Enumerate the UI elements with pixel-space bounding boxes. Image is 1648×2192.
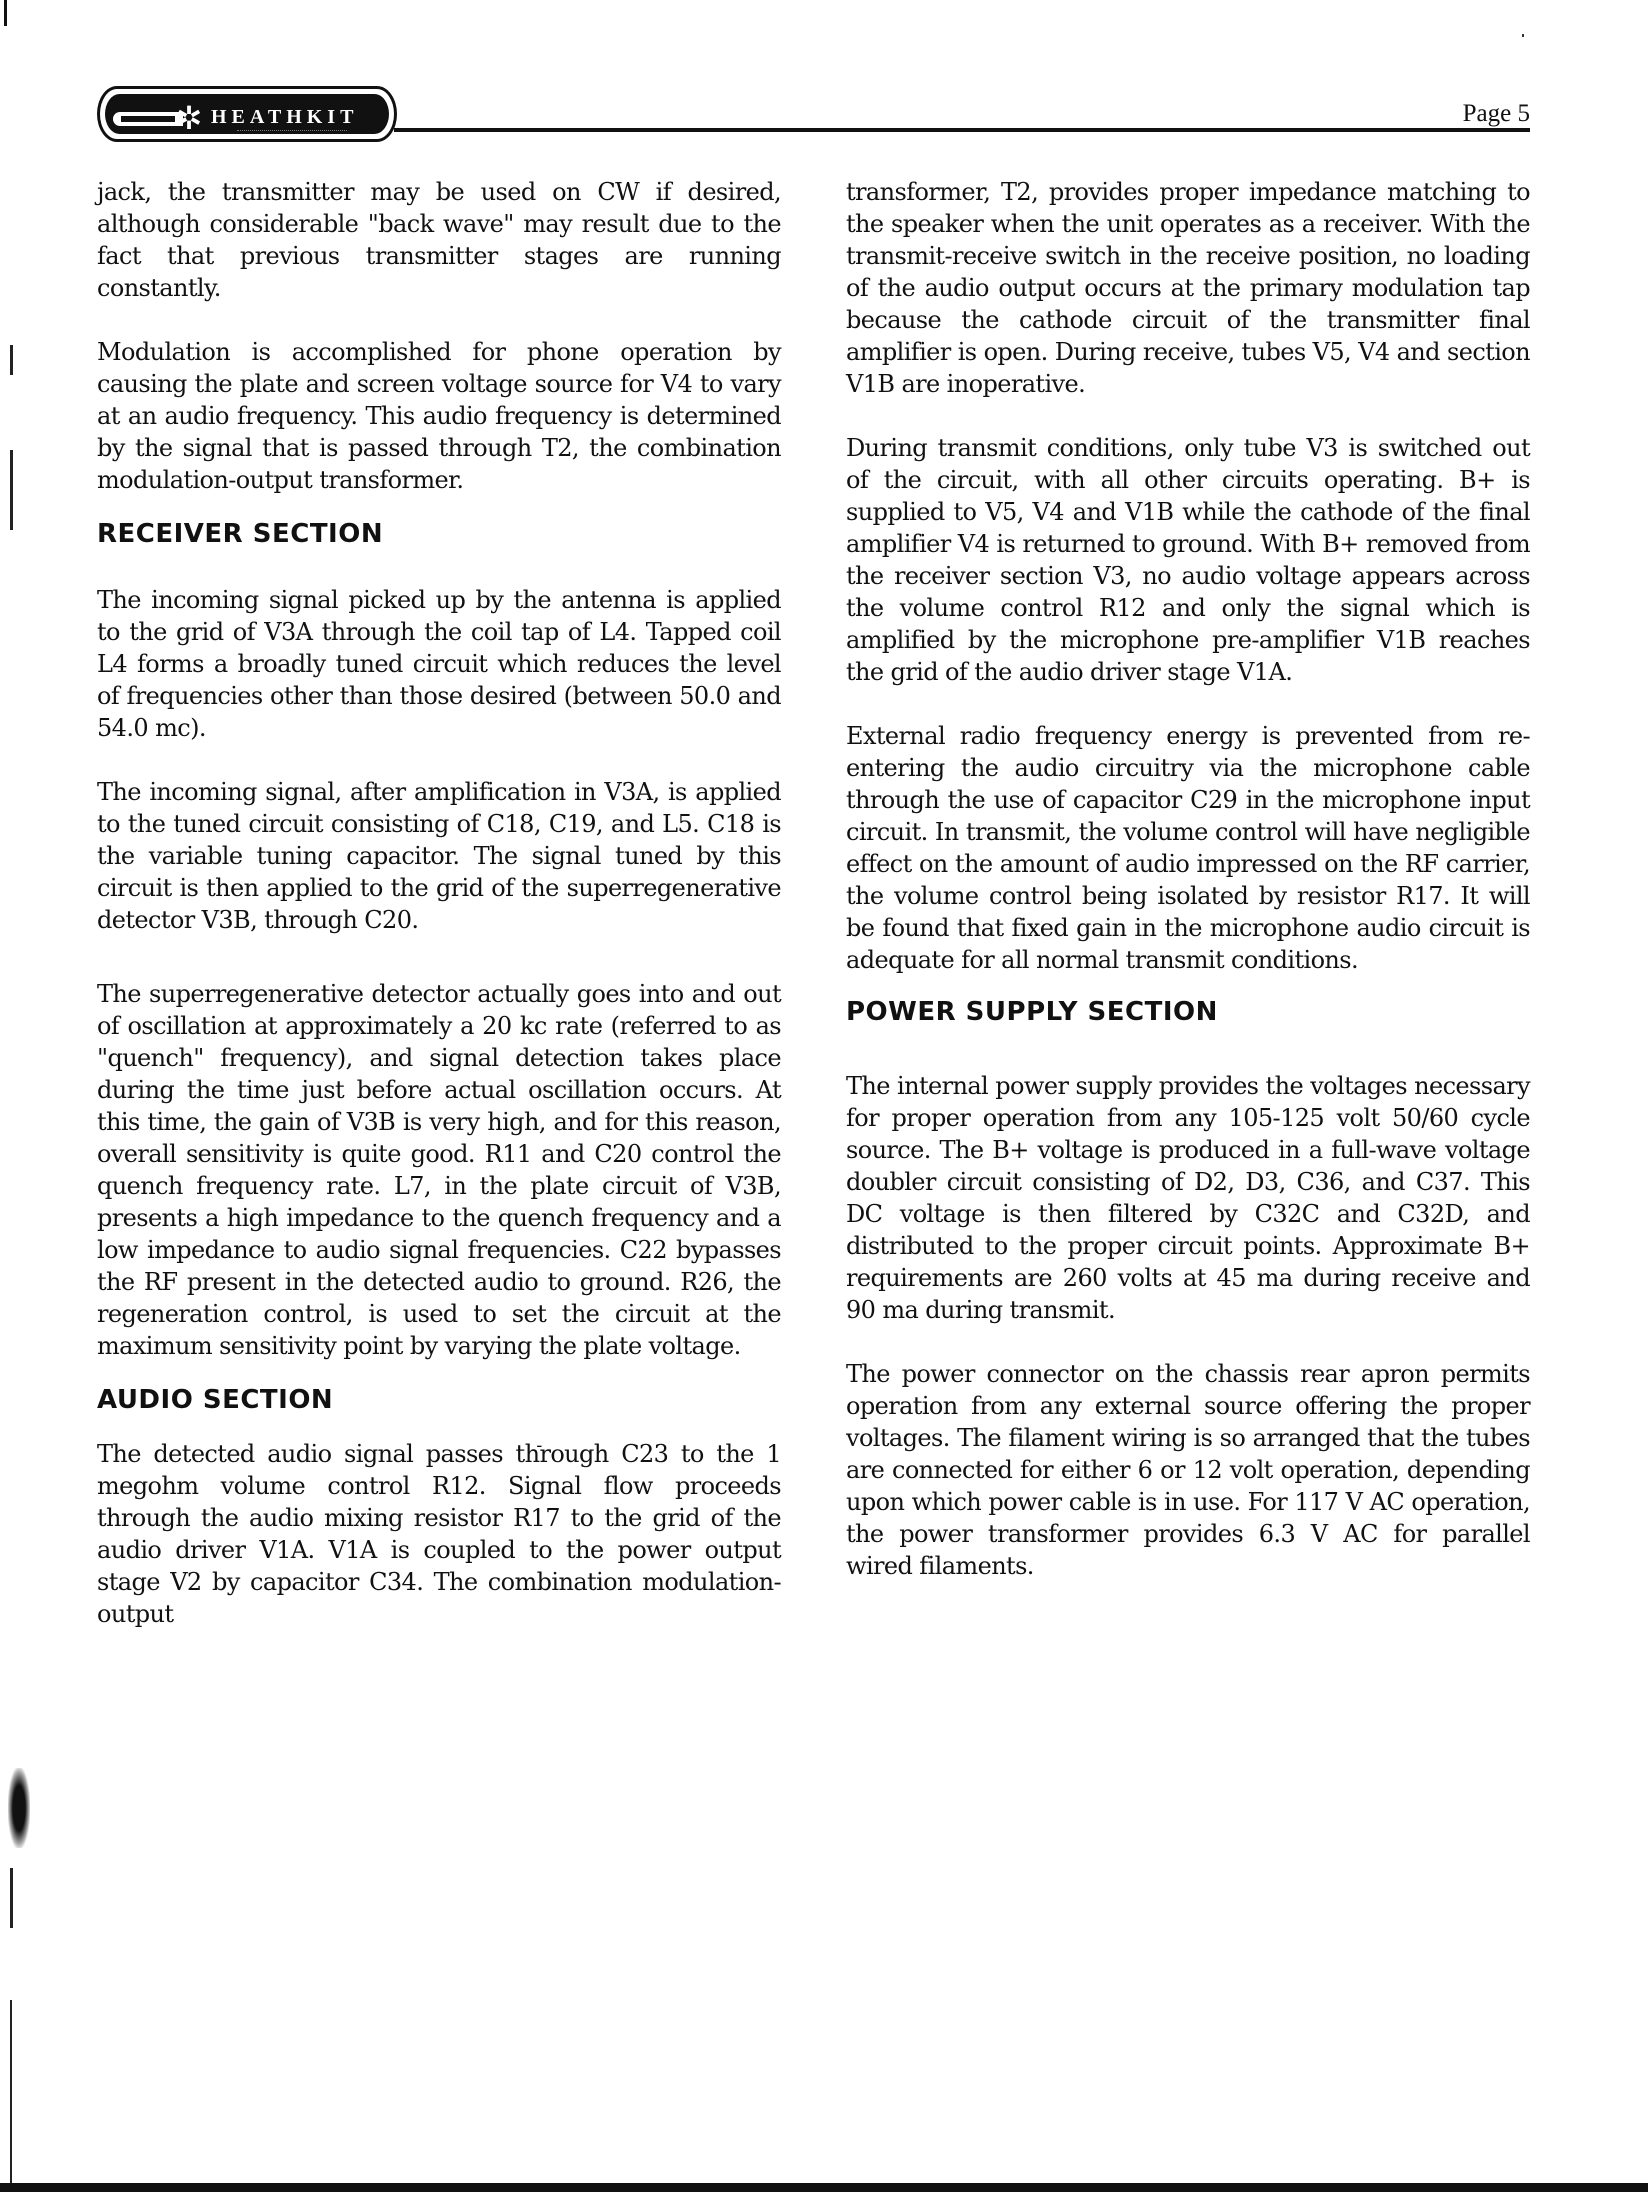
paragraph: During transmit conditions, only tube V3… [846, 432, 1530, 688]
bottom-scan-edge [0, 2183, 1648, 2192]
manual-page: ✲ HEATHKIT Page 5 jack, the transmitter … [0, 0, 1648, 2192]
paragraph: The detected audio signal passes through… [97, 1438, 781, 1630]
scan-artifact-blot [8, 1768, 30, 1848]
scan-artifact-line [10, 1868, 13, 1928]
scan-artifact-dot [1522, 34, 1524, 37]
atom-star-icon: ✲ [173, 100, 205, 134]
logo-text: HEATHKIT [211, 106, 358, 129]
header-rule [394, 128, 1530, 132]
paragraph: The incoming signal, after amplification… [97, 776, 781, 936]
heathkit-logo: ✲ HEATHKIT [97, 86, 397, 142]
logo-subline [237, 130, 347, 133]
paragraph: Modulation is accomplished for phone ope… [97, 336, 781, 496]
page-number: Page 5 [1463, 100, 1530, 128]
paragraph: jack, the transmitter may be used on CW … [97, 176, 781, 304]
paragraph: The incoming signal picked up by the ant… [97, 584, 781, 744]
scan-artifact-mark [4, 0, 7, 26]
paragraph: transformer, T2, provides proper impedan… [846, 176, 1530, 400]
section-heading-power-supply: POWER SUPPLY SECTION [846, 996, 1530, 1028]
paragraph: The superregenerative detector actually … [97, 978, 781, 1362]
section-heading-receiver: RECEIVER SECTION [97, 518, 781, 550]
paragraph: External radio frequency energy is preve… [846, 720, 1530, 976]
paragraph: The power connector on the chassis rear … [846, 1358, 1530, 1582]
scan-artifact-line [10, 2000, 12, 2185]
paragraph: The internal power supply provides the v… [846, 1070, 1530, 1326]
right-column: transformer, T2, provides proper impedan… [846, 176, 1530, 1614]
scan-artifact-line [10, 345, 13, 375]
scan-artifact-line [10, 450, 13, 530]
page-header: ✲ HEATHKIT Page 5 [97, 86, 1530, 146]
left-column: jack, the transmitter may be used on CW … [97, 176, 781, 1662]
section-heading-audio: AUDIO SECTION [97, 1384, 781, 1416]
